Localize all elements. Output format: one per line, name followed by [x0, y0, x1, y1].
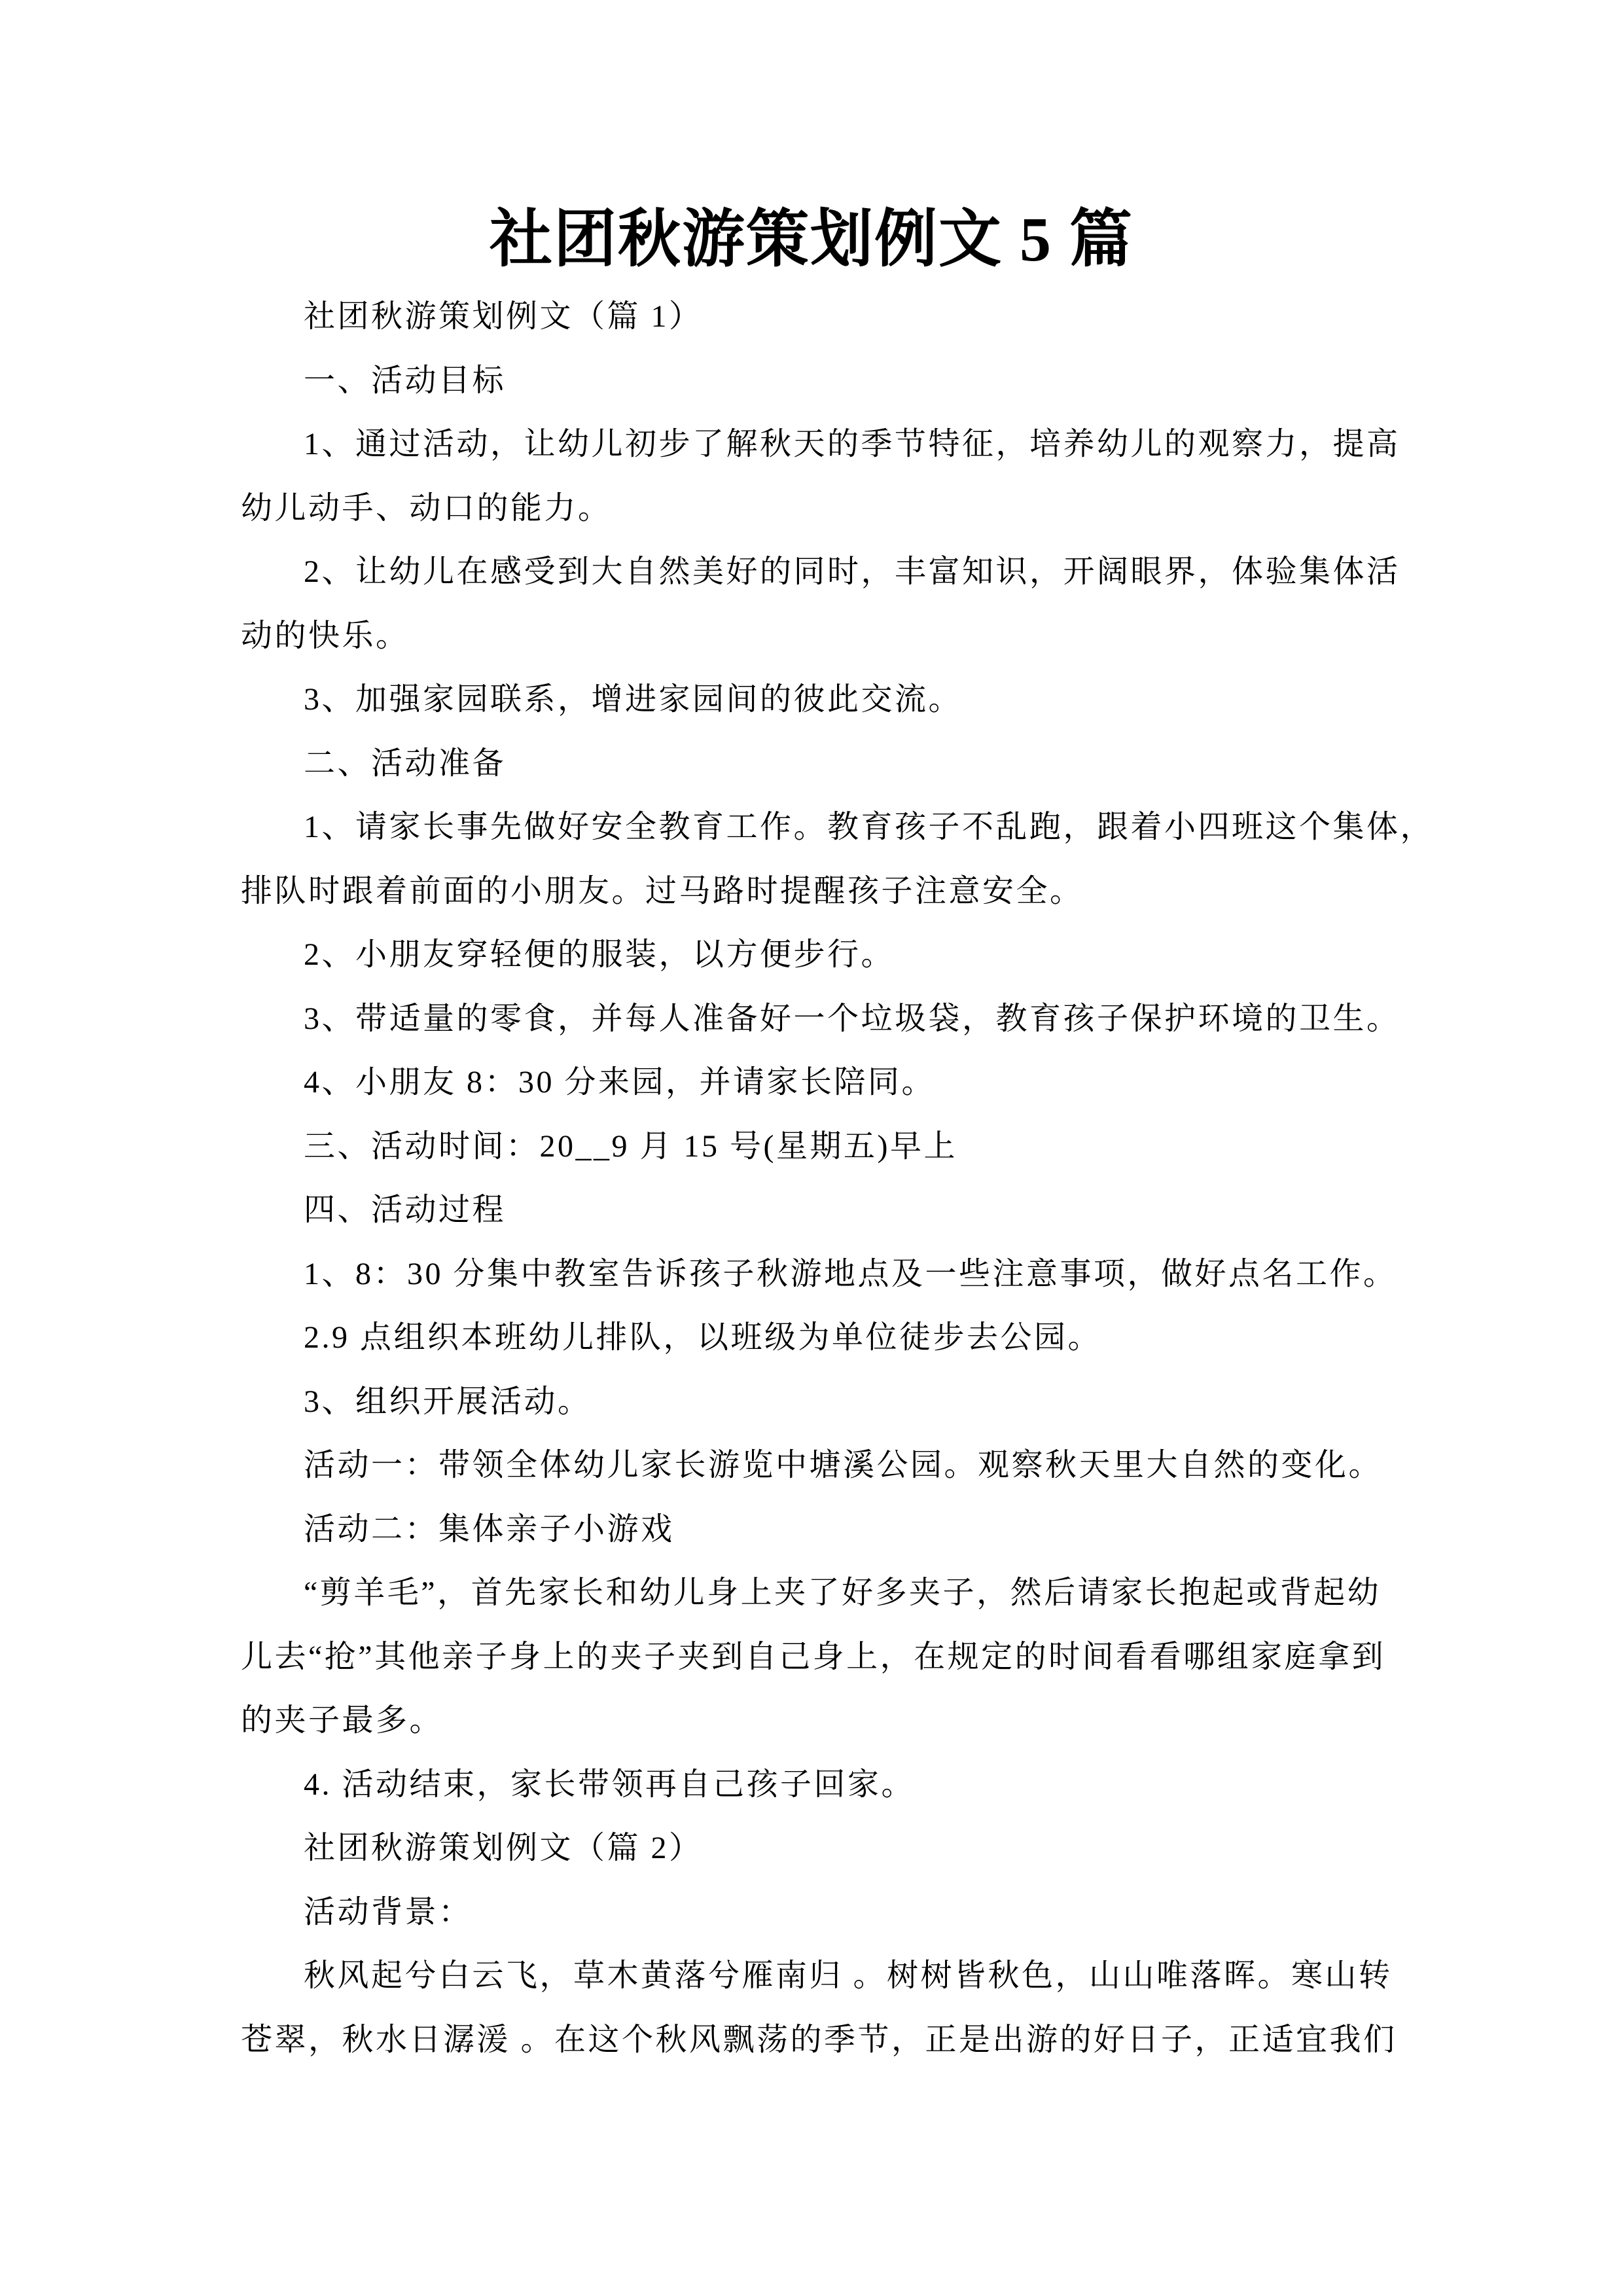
document-title: 社团秋游策划例文 5 篇	[0, 0, 1623, 279]
document-body: 社团秋游策划例文（篇 1）一、活动目标1、通过活动，让幼儿初步了解秋天的季节特征…	[0, 285, 1623, 2072]
text-line: 社团秋游策划例文（篇 1）	[241, 285, 1427, 349]
text-line: 1、8：30 分集中教室告诉孩子秋游地点及一些注意事项，做好点名工作。	[241, 1242, 1427, 1306]
document-page: 社团秋游策划例文 5 篇 社团秋游策划例文（篇 1）一、活动目标1、通过活动，让…	[0, 0, 1623, 2296]
text-line: 排队时跟着前面的小朋友。过马路时提醒孩子注意安全。	[241, 859, 1427, 924]
text-line: 2、小朋友穿轻便的服装，以方便步行。	[241, 923, 1427, 987]
text-line: 活动二：集体亲子小游戏	[241, 1498, 1427, 1562]
text-line: 社团秋游策划例文（篇 2）	[241, 1816, 1427, 1880]
text-line: 幼儿动手、动口的能力。	[241, 476, 1427, 541]
text-line: 4. 活动结束，家长带领再自己孩子回家。	[241, 1753, 1427, 1817]
text-line: 的夹子最多。	[241, 1689, 1427, 1753]
text-line: 3、带适量的零食，并每人准备好一个垃圾袋，教育孩子保护环境的卫生。	[241, 987, 1427, 1051]
text-line: 活动一：带领全体幼儿家长游览中塘溪公园。观察秋天里大自然的变化。	[241, 1433, 1427, 1498]
text-line: “剪羊毛”，首先家长和幼儿身上夹了好多夹子，然后请家长抱起或背起幼	[241, 1561, 1427, 1625]
text-line: 苍翠，秋水日潺湲 。在这个秋风飘荡的季节，正是出游的好日子，正适宜我们	[241, 2008, 1427, 2072]
text-line: 3、加强家园联系，增进家园间的彼此交流。	[241, 668, 1427, 732]
text-line: 活动背景：	[241, 1880, 1427, 1945]
text-line: 二、活动准备	[241, 732, 1427, 796]
text-line: 4、小朋友 8：30 分来园，并请家长陪同。	[241, 1050, 1427, 1115]
text-line: 秋风起兮白云飞，草木黄落兮雁南归 。树树皆秋色，山山唯落晖。寒山转	[241, 1944, 1427, 2008]
text-line: 2、让幼儿在感受到大自然美好的同时，丰富知识，开阔眼界，体验集体活	[241, 540, 1427, 604]
text-line: 一、活动目标	[241, 349, 1427, 413]
text-line: 动的快乐。	[241, 604, 1427, 668]
text-line: 1、通过活动，让幼儿初步了解秋天的季节特征，培养幼儿的观察力，提高	[241, 412, 1427, 476]
text-line: 四、活动过程	[241, 1178, 1427, 1242]
text-line: 三、活动时间：20__9 月 15 号(星期五)早上	[241, 1115, 1427, 1179]
text-line: 3、组织开展活动。	[241, 1370, 1427, 1434]
text-line: 2.9 点组织本班幼儿排队，以班级为单位徒步去公园。	[241, 1306, 1427, 1370]
text-line: 1、请家长事先做好安全教育工作。教育孩子不乱跑，跟着小四班这个集体，	[241, 795, 1427, 859]
text-line: 儿去“抢”其他亲子身上的夹子夹到自己身上，在规定的时间看看哪组家庭拿到	[241, 1625, 1427, 1689]
